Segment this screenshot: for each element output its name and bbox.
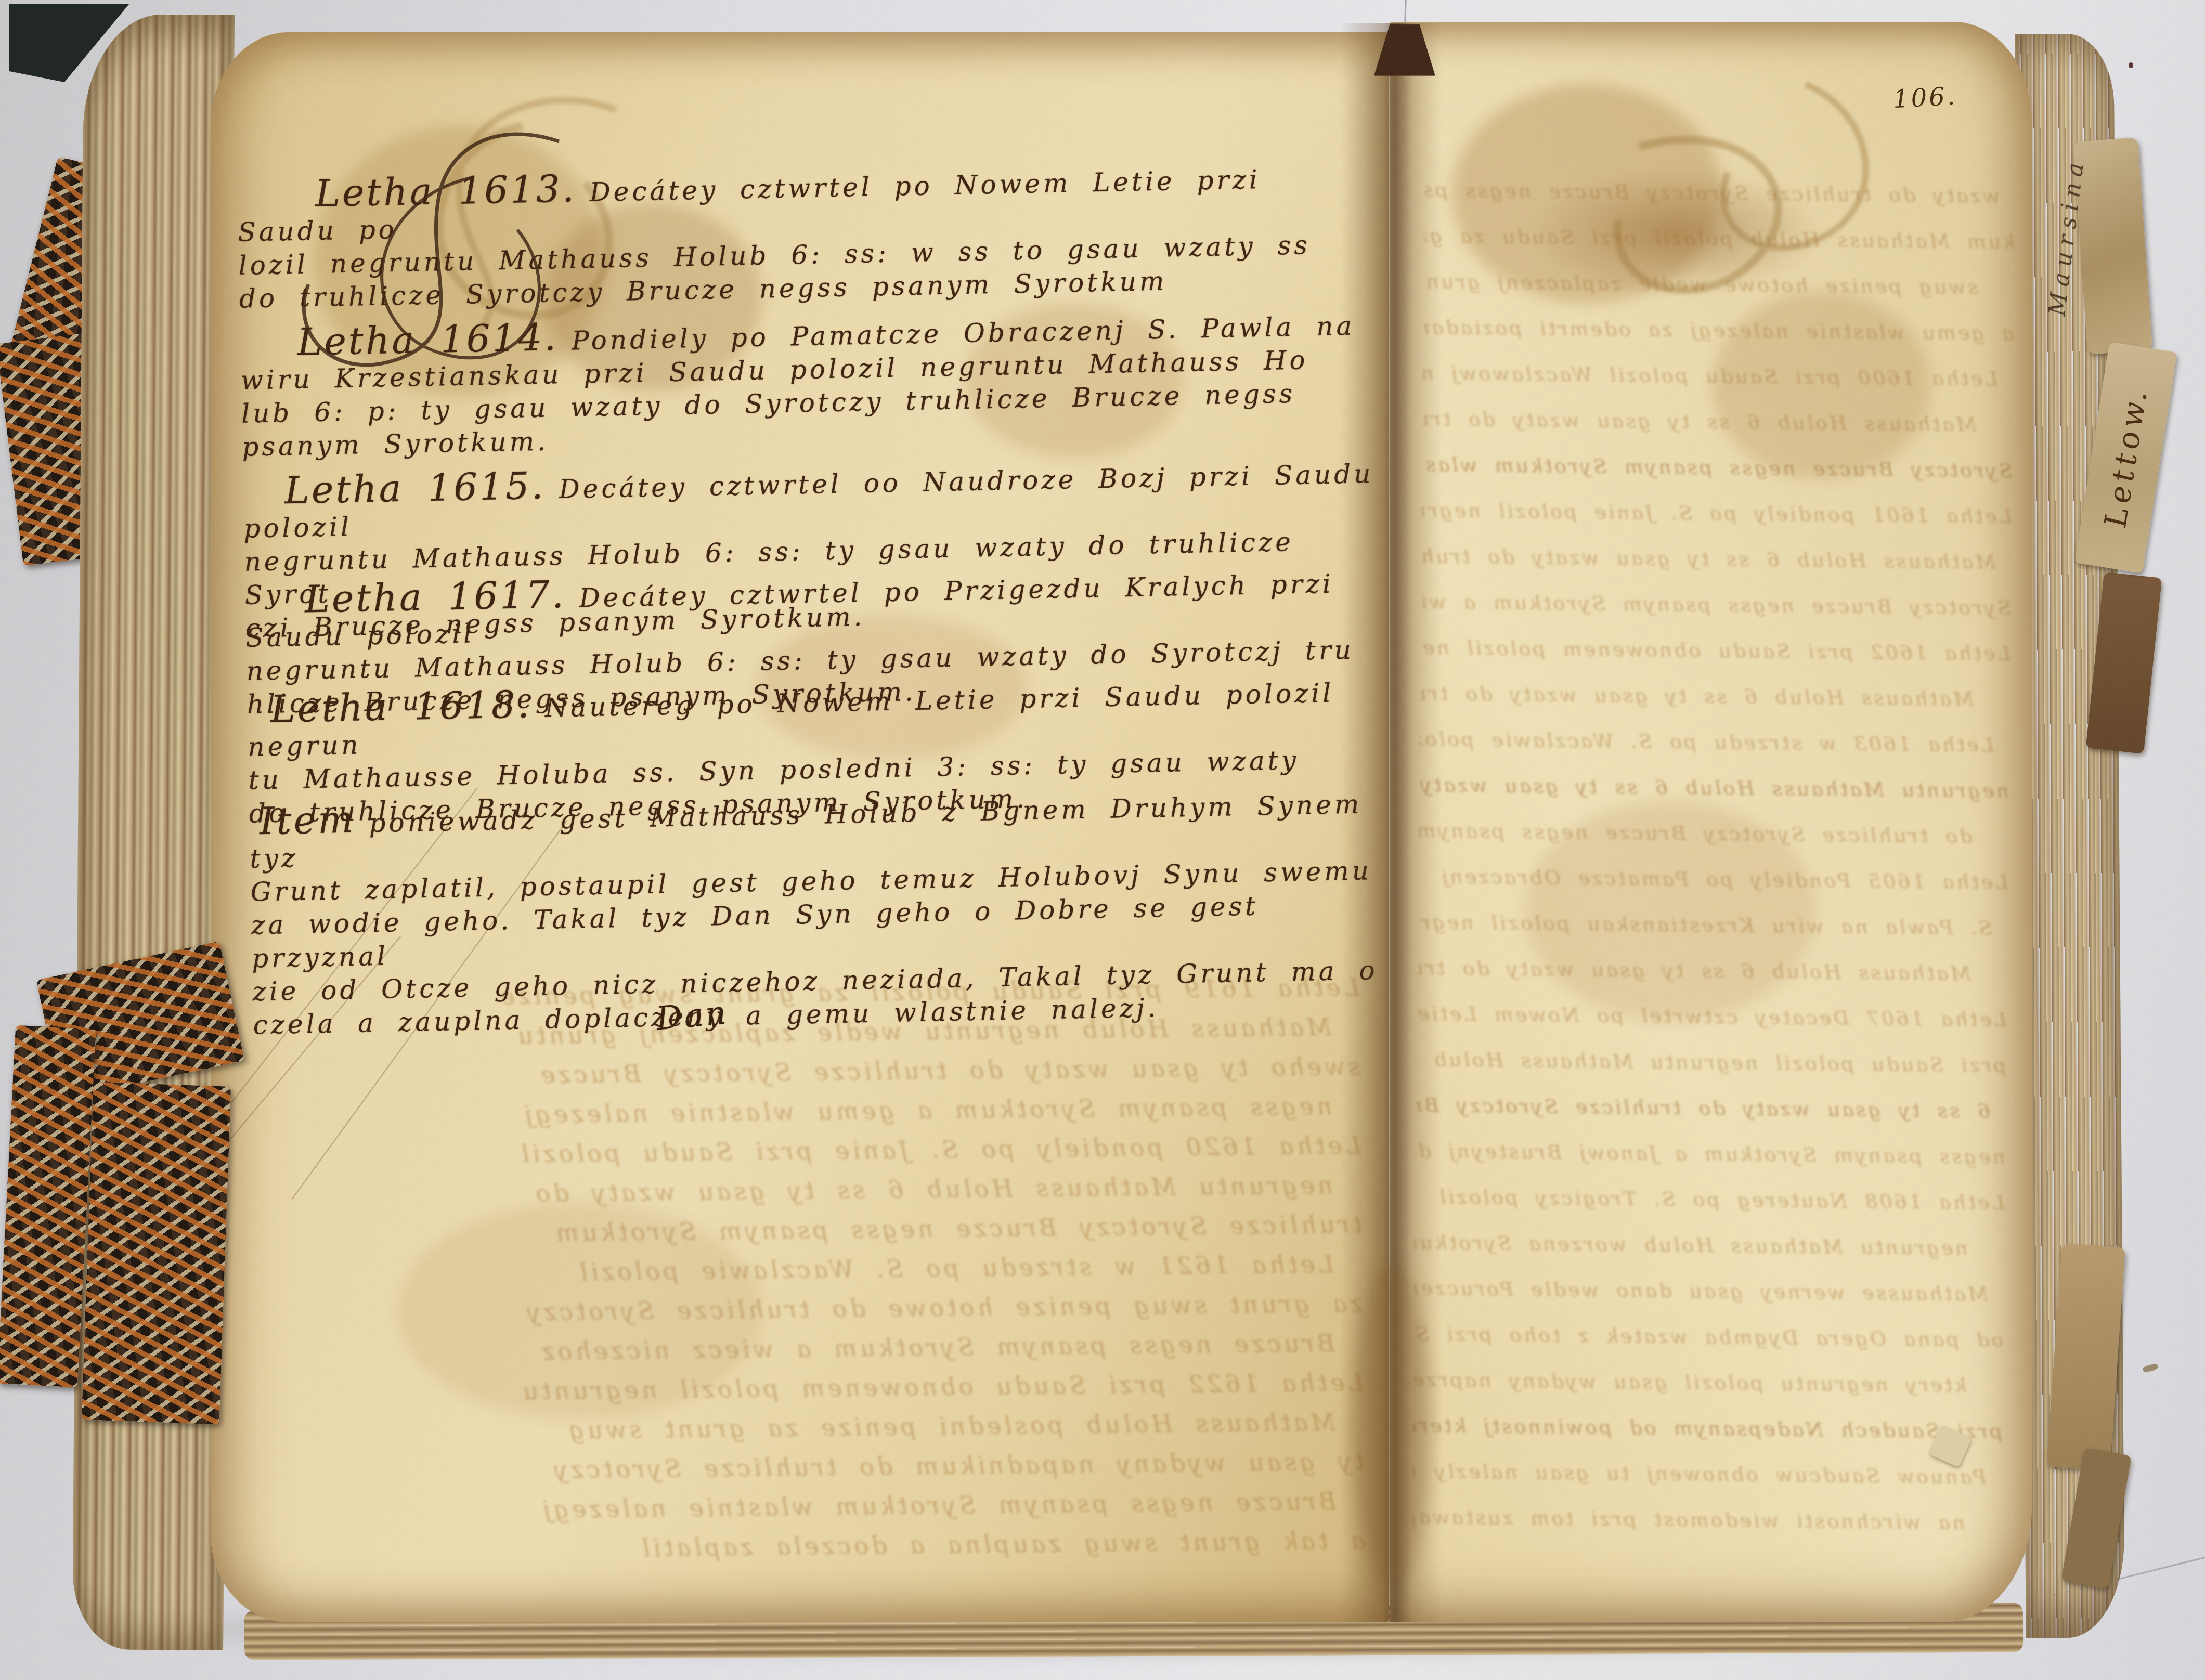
bleedthrough-line: Letha 1608 Nautereg po S. Trogiczy poloz… xyxy=(1415,1174,2005,1226)
register-entry-1614: Letha 1614.Pondiely po Pamatcze Obraczen… xyxy=(240,305,1373,464)
bleedthrough-line: negruntu Mathauss Holub worzena Syrotkum xyxy=(1414,1219,1968,1271)
bleedthrough-line: Syrotczy Brucze negss psanym Syrotkum a … xyxy=(1421,579,2012,631)
tab-label: Lettow. xyxy=(2097,387,2155,528)
entry-year: Letha 1618. xyxy=(270,682,545,731)
bleedthrough-line: Letha 1601 pondiely po S. Janie polozil … xyxy=(1421,487,2012,539)
bleedthrough-line: S. Pawla na wiru Krzestianskau polozil n… xyxy=(1417,899,1992,951)
bleedthrough-line: Mathausse werney gsau dano wedle Porucze… xyxy=(1413,1265,1989,1317)
photograph-of-open-manuscript-book: { "page_number": "106.", "heading": "Dan… xyxy=(0,0,2205,1680)
bleedthrough-line: Mathauss Holub 6 ss ty gsau wzaty do tru… xyxy=(1420,670,1974,722)
right-page: 106. wzaty do truhlicze Syrotczy Brucze … xyxy=(1390,22,2032,1622)
marbled-bookmark-tab xyxy=(82,1082,231,1425)
bleedthrough-line: Mathauss Holub 6 ss ty gsau wzaty do tru… xyxy=(1417,945,1971,996)
background-speck xyxy=(2129,62,2133,68)
bleedthrough-line: negruntu Mathauss Holub 6 ss ty gsau wza… xyxy=(1419,762,2009,814)
left-page: Letha 1613.Decátey cztwrtel po Nowem Let… xyxy=(211,32,1389,1622)
bleedthrough-line: Letha 1602 przi Saudu obnowenem polozil … xyxy=(1420,624,2011,676)
bleedthrough-line: Letha 1600 przi Saudu polozil Waczlawowj… xyxy=(1423,350,1998,402)
gutter-smudge xyxy=(1352,1264,1430,1586)
bleedthrough-line: do truhlicze Syrotczy Brucze negss psany… xyxy=(1418,808,1973,859)
bleedthrough-line: Panuow Saudcuw obnowenj tu gsau nalezly … xyxy=(1411,1448,1987,1500)
bleedthrough-line: Mathauss Holub 6 ss ty gsau wzaty do tru… xyxy=(1421,533,1996,585)
bleedthrough-line: przi Saudu polozil negruntu Mathauss Hol… xyxy=(1416,1036,2006,1088)
bleedthrough-line: Syrotczy Brucze negss psanym Syrotkum wl… xyxy=(1422,441,2013,493)
bleedthrough-line: wzaty do truhlicze Syrotczy Brucze negss… xyxy=(1425,167,2000,219)
bleedthrough-line: negss psanym Syrotkum a Janowj Brusteynj… xyxy=(1415,1128,2006,1180)
bleedthrough-text-right-page: wzaty do truhlicze Syrotczy Brucze negss… xyxy=(1411,167,2016,1546)
register-entry-1613: Letha 1613.Decátey cztwrtel po Nowem Let… xyxy=(237,157,1370,316)
bleedthrough-line: na wirchnosti wiedomost przi tom zustawa… xyxy=(1411,1494,1965,1545)
entry-lead: Item xyxy=(259,797,369,843)
bleedthrough-line: a gemu wlastnie nalezegj za odemrti pozi… xyxy=(1423,304,2014,356)
bleedthrough-line: ktery negruntu polozil gsau wydany naprz… xyxy=(1412,1357,1967,1408)
bleedthrough-line: kum Mathauss Holub polozil przi Saudu za… xyxy=(1424,213,2015,265)
bleedthrough-line: 6 ss ty gsau wzaty do truhlicze Syrotczy… xyxy=(1416,1082,1991,1134)
bleedthrough-line: przi Saudech Nadepsanym od powinnostj kt… xyxy=(1412,1402,2003,1454)
bleedthrough-line: Letha 1605 Pondiely po Pamatcze Obraczen… xyxy=(1418,853,2008,905)
entry-year: Letha 1615. xyxy=(284,463,559,512)
background-speck xyxy=(2142,1363,2159,1373)
entry-year: Letha 1614. xyxy=(297,315,572,364)
section-heading-dan: Dan xyxy=(654,993,730,1037)
register-entry-item: Itemponiewadz gest Mathauss Holub z Bgne… xyxy=(249,783,1384,1042)
bleedthrough-line: Letha 1607 Decatey cztwrtel po Nowem Let… xyxy=(1416,991,2007,1043)
bleedthrough-line: Letha 1603 w strzedu po S. Waczlawie pol… xyxy=(1419,716,1994,768)
entry-year: Letha 1617. xyxy=(304,572,579,621)
bleedthrough-text-left-page: Letha 1619 przi Saudu polozil za grunt s… xyxy=(220,968,1366,1572)
entry-year: Letha 1613. xyxy=(315,166,590,215)
bleedthrough-line: swug penize hotowe wedle zaplaczenj grun… xyxy=(1424,258,1978,310)
bleedthrough-line: od pana Ogera Dygmba wzatek z toho przi … xyxy=(1413,1311,2004,1363)
bleedthrough-line: Mathauss Holub 6 ss ty gsau wzaty do tru… xyxy=(1422,396,1977,447)
